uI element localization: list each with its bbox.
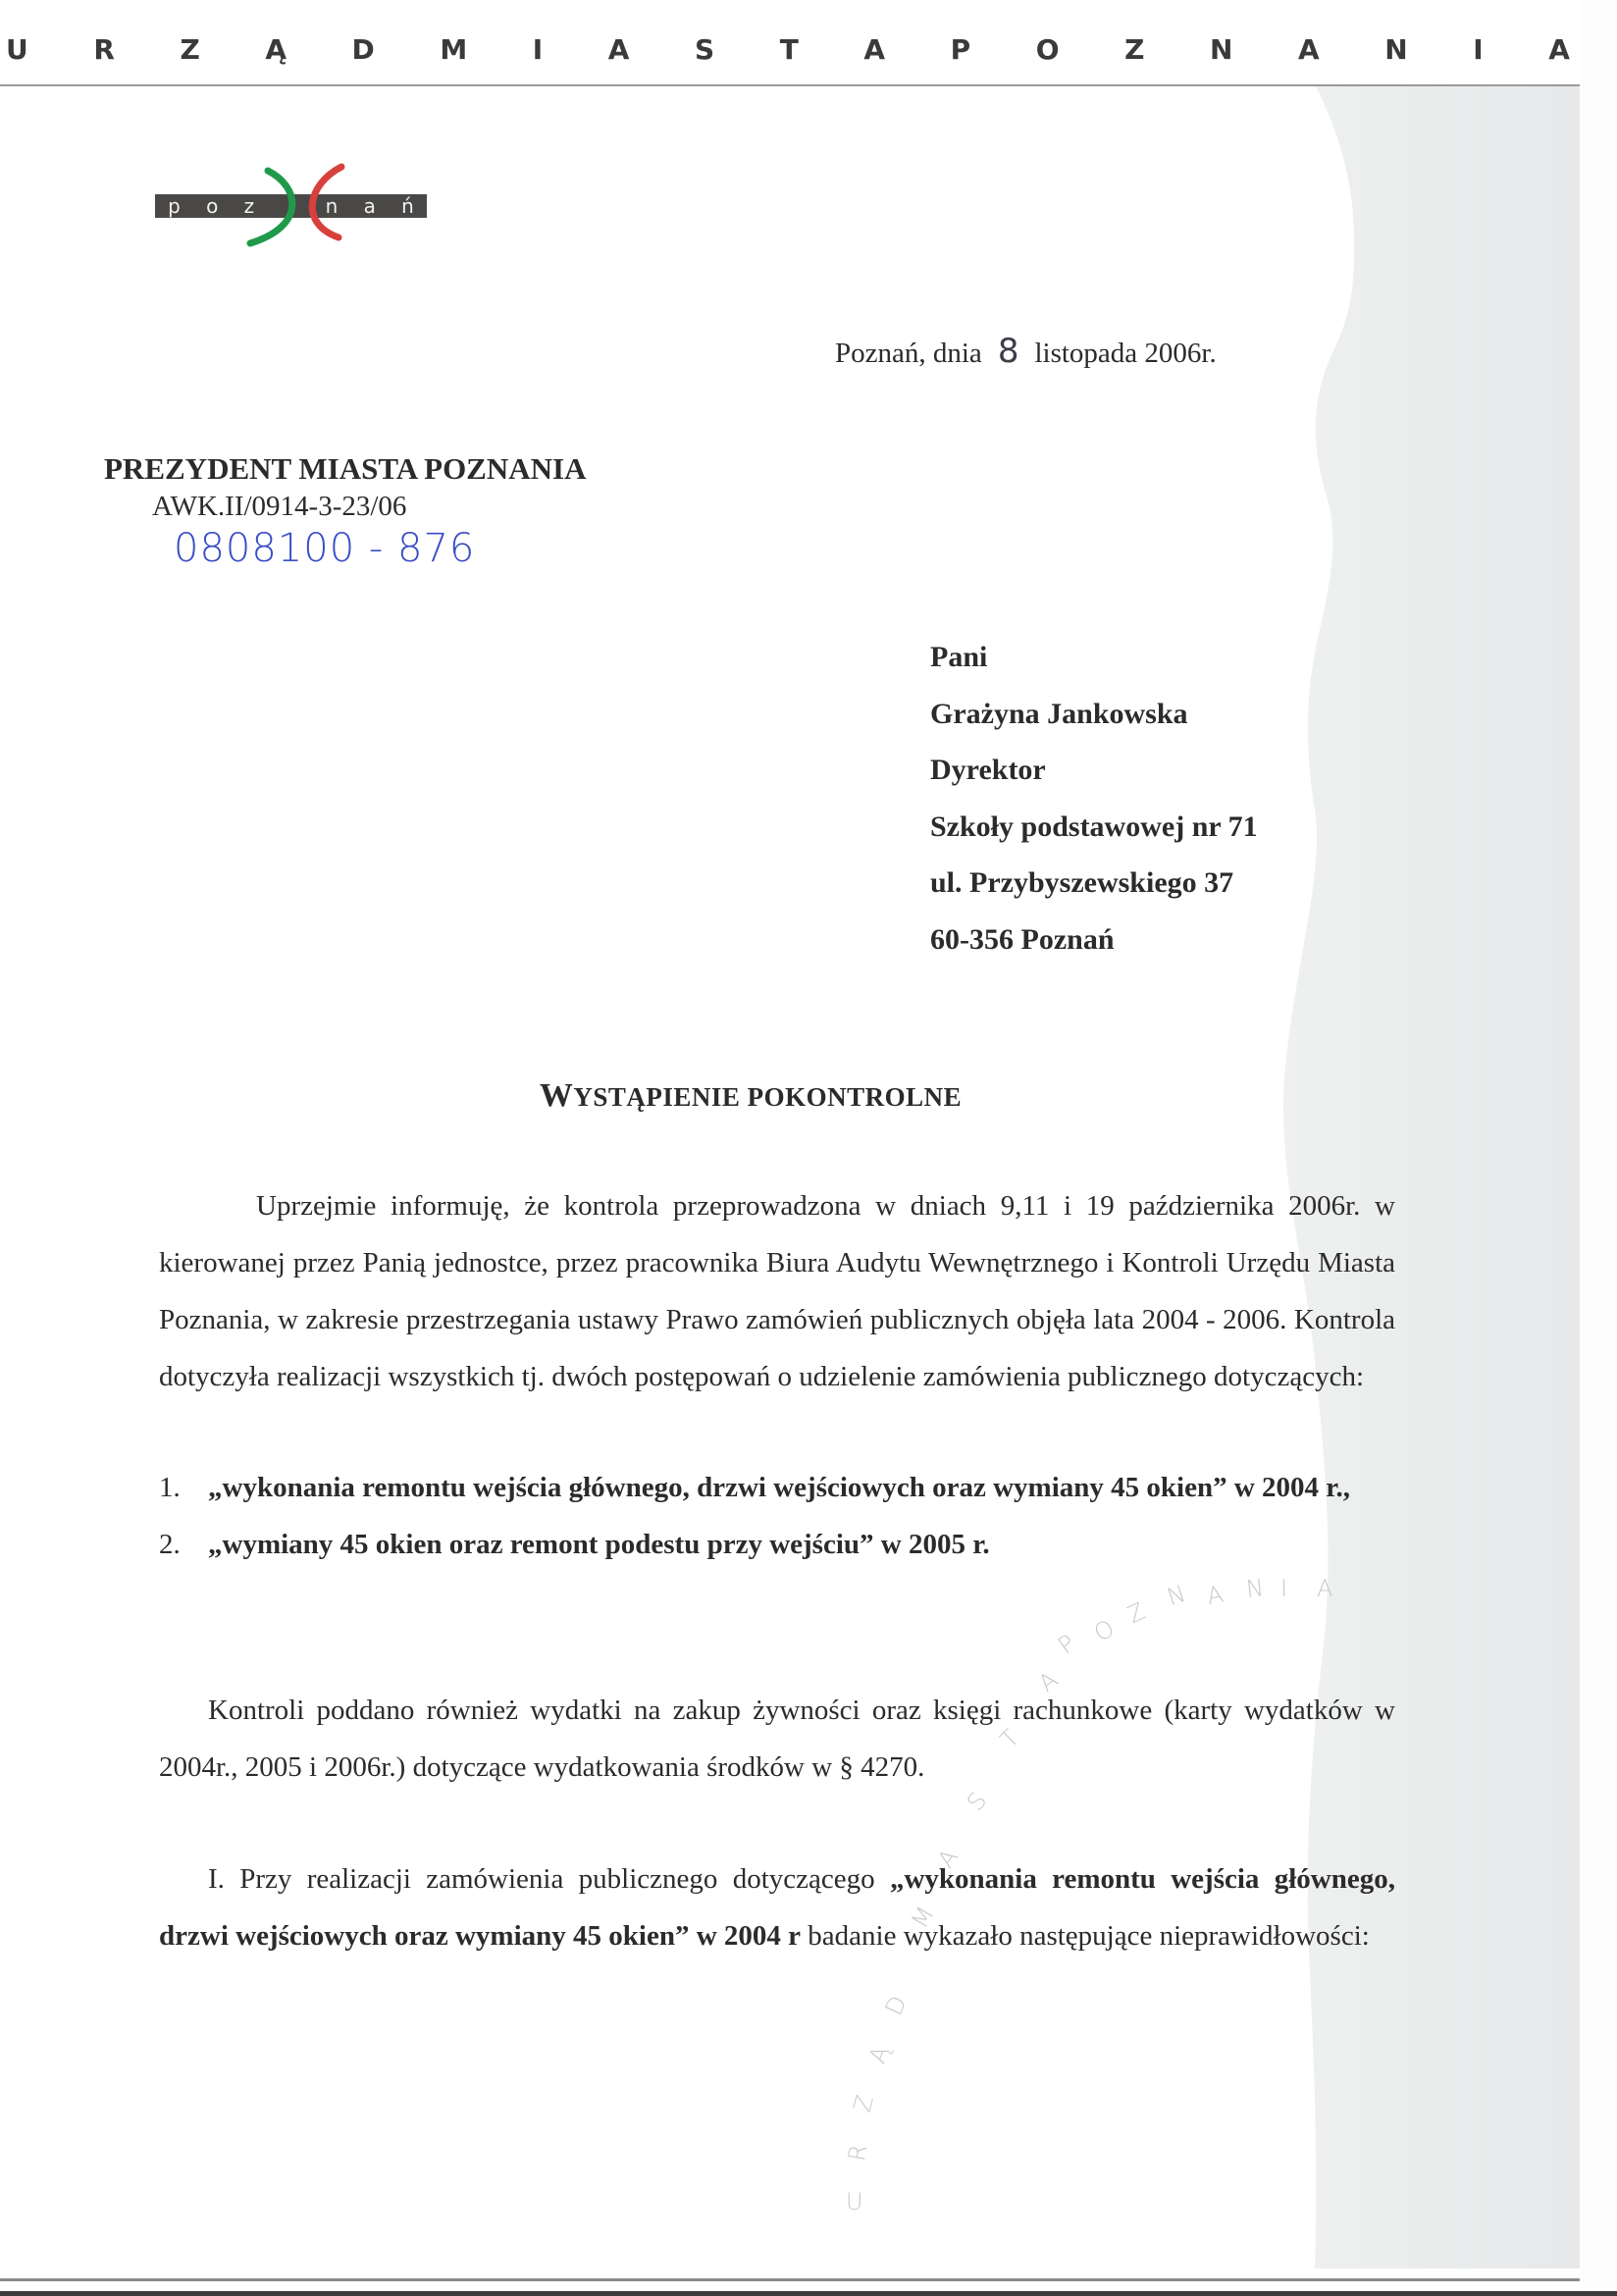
findings-prefix: I. Przy realizacji zamówienia publiczneg… — [208, 1863, 890, 1895]
recipient-salutation: Pani — [930, 636, 1258, 693]
header-letter: A — [1298, 33, 1320, 69]
procurement-list: 1. „wykonania remontu wejścia głównego, … — [159, 1459, 1395, 1573]
header-letter: D — [352, 33, 375, 69]
watermark-letter: N — [1245, 1574, 1266, 1603]
watermark-letter: O — [1089, 1614, 1120, 1647]
page-edge — [1580, 0, 1617, 2296]
watermark-letter: Z — [1123, 1597, 1150, 1629]
watermark-letter: A — [1317, 1575, 1332, 1602]
letterhead-header: U R Z Ą D M I A S T A P O Z N A N I A — [0, 0, 1580, 86]
title-initial: W — [540, 1077, 574, 1114]
header-letter: A — [863, 33, 885, 69]
header-letter: P — [951, 33, 971, 69]
list-text: „wykonania remontu wejścia głównego, drz… — [208, 1459, 1350, 1516]
intro-paragraph: Uprzejmie informuję, że kontrola przepro… — [159, 1177, 1395, 1405]
watermark-letter: P — [1053, 1629, 1080, 1659]
header-letter: Z — [180, 33, 199, 69]
scan-edge — [0, 2291, 1617, 2296]
watermark-letter: U — [846, 2188, 863, 2216]
recipient-institution: Szkoły podstawowej nr 71 — [930, 806, 1258, 862]
title-rest: YSTĄPIENIE POKONTROLNE — [573, 1082, 962, 1112]
poznan-logo: p o z n a ń — [152, 147, 446, 255]
header-letter: R — [93, 33, 115, 69]
header-letter: A — [608, 33, 630, 69]
letterhead-title: U R Z Ą D M I A S T A P O Z N A N I A — [0, 33, 1570, 69]
reference-number: AWK.II/0914-3-23/06 — [152, 491, 406, 523]
list-number: 1. — [159, 1459, 208, 1516]
list-item: 1. „wykonania remontu wejścia głównego, … — [159, 1459, 1395, 1516]
logo-arcs-icon — [152, 147, 446, 255]
watermark-letter: Z — [849, 2092, 879, 2114]
header-letter: N — [1210, 33, 1232, 69]
list-number: 2. — [159, 1516, 208, 1573]
handwritten-registry-number: 0808100 - 876 — [174, 526, 475, 571]
recipient-street: ul. Przybyszewskiego 37 — [930, 861, 1258, 918]
header-letter: Ą — [265, 33, 287, 69]
header-letter: N — [1384, 33, 1407, 69]
findings-paragraph: I. Przy realizacji zamówienia publiczneg… — [159, 1851, 1395, 1964]
date-suffix: listopada 2006r. — [1034, 338, 1216, 369]
document-title: WYSTĄPIENIE POKONTROLNE — [0, 1077, 1501, 1115]
recipient-city: 60-356 Poznań — [930, 918, 1258, 975]
header-letter: I — [1473, 33, 1483, 69]
watermark-letter: Ą — [863, 2042, 895, 2066]
watermark-letter: I — [1280, 1575, 1287, 1602]
handwritten-day: 8 — [998, 332, 1019, 371]
recipient-address: Pani Grażyna Jankowska Dyrektor Szkoły p… — [930, 636, 1258, 974]
date-line: Poznań, dnia8listopada 2006r. — [835, 332, 1217, 371]
findings-suffix: badanie wykazało następujące nieprawidło… — [801, 1920, 1370, 1952]
watermark-letter: N — [1164, 1580, 1189, 1611]
header-letter: I — [533, 33, 543, 69]
date-prefix: Poznań, dnia — [835, 338, 982, 369]
list-item: 2. „wymiany 45 okien oraz remont podestu… — [159, 1516, 1395, 1573]
recipient-position: Dyrektor — [930, 749, 1258, 806]
header-letter: S — [695, 33, 714, 69]
second-paragraph: Kontroli poddano również wydatki na zaku… — [159, 1682, 1395, 1796]
sender-title: PREZYDENT MIASTA POZNANIA — [104, 451, 586, 487]
watermark-letter: A — [1204, 1581, 1226, 1611]
header-letter: U — [6, 33, 28, 69]
header-letter: Z — [1124, 33, 1144, 69]
recipient-name: Grażyna Jankowska — [930, 693, 1258, 750]
header-letter: T — [780, 33, 799, 69]
watermark-letter: R — [843, 2142, 872, 2163]
list-text: „wymiany 45 okien oraz remont podestu pr… — [208, 1516, 990, 1573]
watermark-letter: D — [880, 1992, 913, 2020]
header-letter: M — [440, 33, 467, 69]
header-letter: A — [1548, 33, 1570, 69]
footer-divider — [0, 2278, 1580, 2281]
header-letter: O — [1036, 33, 1060, 69]
